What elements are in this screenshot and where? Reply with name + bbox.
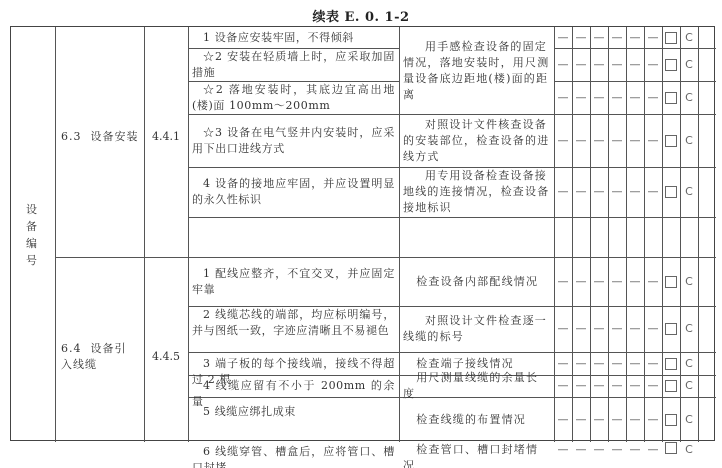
requirement-text: 3 端子板的每个接线端，接线不得超过 2 根 [188, 352, 399, 375]
record-dash: — [608, 27, 626, 48]
grid-line [399, 217, 554, 218]
clause-number: 4.4.1 [144, 27, 188, 257]
method-text: 检查设备内部配线情况 [399, 257, 554, 306]
record-dash: — [590, 257, 608, 306]
record-dash: — [590, 397, 608, 442]
record-dash: — [608, 352, 626, 375]
record-dash: — [572, 257, 590, 306]
record-dash: — [626, 81, 644, 114]
record-dash: — [554, 397, 572, 442]
record-dash: — [554, 257, 572, 306]
checkbox-cell[interactable] [662, 397, 680, 442]
record-dash: — [608, 81, 626, 114]
record-dash: — [554, 48, 572, 81]
grade-label: C [680, 442, 698, 458]
record-dash: — [554, 27, 572, 48]
blank-cell[interactable] [698, 27, 716, 48]
grade-label: C [680, 306, 698, 352]
record-dash: — [626, 114, 644, 167]
checkbox-cell[interactable] [662, 352, 680, 375]
blank-cell[interactable] [698, 397, 716, 442]
checkbox-cell[interactable] [662, 27, 680, 48]
record-dash: — [626, 306, 644, 352]
record-dash: — [572, 167, 590, 217]
record-dash: — [644, 442, 662, 458]
checkbox-cell[interactable] [662, 167, 680, 217]
checkbox-empty-icon[interactable] [665, 32, 677, 44]
record-dash: — [572, 442, 590, 458]
checkbox-cell[interactable] [662, 114, 680, 167]
method-text: 用尺测量线缆的余量长度 [399, 375, 554, 397]
requirement-text: ☆3 设备在电气竖井内安装时，应采用下出口进线方式 [188, 114, 399, 167]
record-dash: — [644, 167, 662, 217]
record-dash: — [590, 442, 608, 458]
grade-label: C [680, 114, 698, 167]
record-dash: — [554, 114, 572, 167]
grade-label: C [680, 375, 698, 397]
record-dash: — [554, 442, 572, 458]
record-dash: — [572, 306, 590, 352]
record-dash: — [590, 48, 608, 81]
blank-cell[interactable] [698, 81, 716, 114]
record-dash: — [590, 114, 608, 167]
record-dash: — [626, 257, 644, 306]
blank-cell[interactable] [698, 306, 716, 352]
record-dash: — [626, 375, 644, 397]
record-dash: — [590, 27, 608, 48]
requirement-text: 6 线缆穿管、槽盒后，应将管口、槽口封堵 [188, 442, 399, 468]
record-dash: — [590, 352, 608, 375]
checkbox-empty-icon[interactable] [665, 323, 677, 335]
record-dash: — [590, 375, 608, 397]
table-title: 续表 E. 0. 1-2 [0, 6, 722, 25]
blank-cell[interactable] [698, 167, 716, 217]
grade-label: C [680, 352, 698, 375]
record-dash: — [554, 352, 572, 375]
checkbox-empty-icon[interactable] [665, 276, 677, 288]
record-dash: — [608, 397, 626, 442]
section-label: 6.3 设备安装 [55, 27, 144, 257]
record-dash: — [590, 81, 608, 114]
method-text: 对照设计文件核查设备的安装部位，检查设备的进线方式 [399, 114, 554, 167]
record-dash: — [608, 306, 626, 352]
method-text: 用手感检查设备的固定情况，落地安装时，用尺测量设备底边距地(楼)面的距离 [399, 27, 554, 114]
record-dash: — [644, 27, 662, 48]
record-dash: — [644, 375, 662, 397]
record-dash: — [572, 81, 590, 114]
inspection-table: 设备编号6.3 设备安装4.4.16.4 设备引入线缆4.4.51 设备应安装牢… [10, 26, 715, 441]
requirement-text: ☆2 落地安装时，其底边宜高出地(楼)面 100mm～200mm [188, 81, 399, 114]
method-text: 用专用设备检查设备接地线的连接情况，检查设备接地标识 [399, 167, 554, 217]
grade-label: C [680, 257, 698, 306]
requirement-text: 1 设备应安装牢固，不得倾斜 [188, 27, 399, 48]
record-dash: — [572, 375, 590, 397]
checkbox-empty-icon[interactable] [665, 380, 677, 392]
blank-cell[interactable] [698, 352, 716, 375]
requirement-text: 1 配线应整齐，不宜交叉，并应固定牢靠 [188, 257, 399, 306]
record-dash: — [554, 81, 572, 114]
record-dash: — [590, 306, 608, 352]
record-dash: — [644, 257, 662, 306]
record-dash: — [608, 442, 626, 458]
record-dash: — [608, 48, 626, 81]
record-dash: — [608, 167, 626, 217]
checkbox-cell[interactable] [662, 306, 680, 352]
requirement-text: 4 线缆应留有不小于 200mm 的余量 [188, 375, 399, 397]
method-text: 对照设计文件检查逐一线缆的标号 [399, 306, 554, 352]
blank-cell[interactable] [698, 114, 716, 167]
record-dash: — [626, 442, 644, 458]
record-dash: — [626, 352, 644, 375]
checkbox-cell[interactable] [662, 257, 680, 306]
record-dash: — [572, 397, 590, 442]
record-dash: — [626, 397, 644, 442]
blank-cell[interactable] [698, 48, 716, 81]
requirement-text: 2 线缆芯线的端部，均应标明编号，并与图纸一致，字迹应清晰且不易褪色 [188, 306, 399, 352]
checkbox-cell[interactable] [662, 375, 680, 397]
record-dash: — [590, 167, 608, 217]
grade-label: C [680, 167, 698, 217]
requirement-text: 5 线缆应绑扎成束 [188, 397, 399, 442]
record-dash: — [554, 306, 572, 352]
checkbox-empty-icon[interactable] [665, 414, 677, 426]
record-dash: — [554, 167, 572, 217]
record-dash: — [554, 375, 572, 397]
grade-label: C [680, 48, 698, 81]
record-dash: — [644, 48, 662, 81]
checkbox-cell[interactable] [662, 48, 680, 81]
grade-label: C [680, 81, 698, 114]
checkbox-empty-icon[interactable] [665, 442, 677, 454]
blank-cell[interactable] [698, 375, 716, 397]
checkbox-empty-icon[interactable] [665, 92, 677, 104]
checkbox-cell[interactable] [662, 442, 680, 454]
record-dash: — [644, 352, 662, 375]
record-dash: — [644, 397, 662, 442]
grade-label: C [680, 397, 698, 442]
checkbox-empty-icon[interactable] [665, 358, 677, 370]
grid-line [188, 217, 399, 218]
requirement-text: 4 设备的接地应牢固，并应设置明显的永久性标识 [188, 167, 399, 217]
section-label: 6.4 设备引入线缆 [55, 257, 144, 442]
blank-cell[interactable] [698, 257, 716, 306]
record-dash: — [626, 27, 644, 48]
record-dash: — [608, 375, 626, 397]
grid-line [554, 217, 716, 218]
group-label-device-number: 设备编号 [11, 27, 55, 442]
record-dash: — [608, 257, 626, 306]
checkbox-cell[interactable] [662, 81, 680, 114]
grade-label: C [680, 27, 698, 48]
record-dash: — [608, 114, 626, 167]
checkbox-empty-icon[interactable] [665, 186, 677, 198]
record-dash: — [572, 48, 590, 81]
record-dash: — [572, 352, 590, 375]
checkbox-empty-icon[interactable] [665, 59, 677, 71]
record-dash: — [644, 306, 662, 352]
method-text: 检查管口、槽口封堵情况 [399, 442, 554, 468]
record-dash: — [644, 81, 662, 114]
clause-number: 4.4.5 [144, 257, 188, 442]
method-text: 检查线缆的布置情况 [399, 397, 554, 442]
record-dash: — [572, 27, 590, 48]
record-dash: — [626, 48, 644, 81]
record-dash: — [572, 114, 590, 167]
record-dash: — [644, 114, 662, 167]
requirement-text: ☆2 安装在轻质墙上时，应采取加固措施 [188, 48, 399, 81]
record-dash: — [626, 167, 644, 217]
checkbox-empty-icon[interactable] [665, 135, 677, 147]
